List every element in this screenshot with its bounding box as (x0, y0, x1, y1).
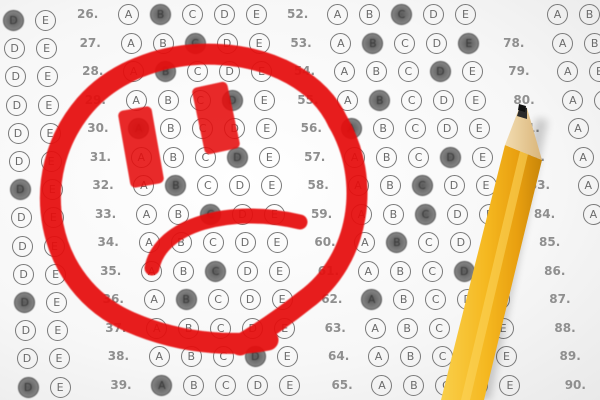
answer-bubble-c[interactable]: C (203, 232, 224, 253)
answer-bubble-a[interactable]: A (552, 33, 573, 54)
answer-bubble-d[interactable]: D (9, 151, 30, 172)
answer-bubble-d[interactable]: D (14, 292, 35, 313)
answer-bubble-b[interactable]: B (403, 375, 424, 396)
answer-bubble-d[interactable]: D (447, 204, 468, 225)
question-number: 55. (297, 93, 318, 107)
answer-bubble-b[interactable]: B (393, 289, 414, 310)
answer-bubble-b[interactable]: B (153, 33, 174, 54)
answer-bubble-d[interactable]: D (8, 123, 29, 144)
answer-bubble-e[interactable]: E (489, 289, 510, 310)
answer-bubble-d[interactable]: D (18, 377, 39, 398)
answer-bubble-b[interactable]: B (380, 175, 401, 196)
answer-bubble-b[interactable]: B (400, 346, 421, 367)
answer-bubble-d[interactable]: D (240, 289, 261, 310)
answer-bubble-b[interactable]: B (390, 261, 411, 282)
answer-bubble-b[interactable]: B (165, 175, 186, 196)
answer-bubble-b[interactable]: B (366, 61, 387, 82)
answer-bubble-b[interactable]: B (158, 90, 179, 111)
question-number: 87. (549, 292, 570, 306)
answer-bubble-e[interactable]: E (251, 61, 272, 82)
answer-bubble-a[interactable]: A (568, 118, 589, 139)
answer-bubble-e[interactable]: E (36, 38, 57, 59)
answer-bubble-d[interactable]: D (229, 175, 250, 196)
answer-bubble-a[interactable]: A (368, 346, 389, 367)
question-number: 63. (325, 321, 346, 335)
answer-bubble-d[interactable]: D (15, 320, 36, 341)
answer-bubble-d[interactable]: D (437, 118, 458, 139)
answer-bubble-e[interactable]: E (462, 61, 483, 82)
answer-bubble-c[interactable]: C (418, 232, 439, 253)
answer-bubble-b[interactable]: B (584, 33, 600, 54)
answer-bubble-e[interactable]: E (267, 232, 288, 253)
answer-bubble-d[interactable]: D (461, 318, 482, 339)
face-outline-right (240, 122, 357, 345)
answer-bubble-b[interactable]: B (594, 90, 600, 111)
answer-bubble-c[interactable]: C (415, 204, 436, 225)
answer-bubble-a[interactable]: A (341, 118, 362, 139)
answer-bubble-b[interactable]: B (359, 4, 380, 25)
answer-bubble-e[interactable]: E (43, 207, 64, 228)
question-number: 28. (82, 64, 103, 78)
question-number: 30. (87, 121, 108, 135)
answer-bubble-e[interactable]: E (458, 33, 479, 54)
answer-bubble-d[interactable]: D (4, 38, 25, 59)
answer-bubble-a[interactable]: A (334, 61, 355, 82)
answer-bubble-d[interactable]: D (3, 10, 24, 31)
question-number: 61. (318, 264, 339, 278)
answer-bubble-d[interactable]: D (10, 179, 31, 200)
question-number: 38. (108, 349, 129, 363)
question-number: 83. (529, 178, 550, 192)
answer-bubble-b[interactable]: B (183, 375, 204, 396)
answer-bubble-c[interactable]: C (192, 118, 213, 139)
question-number: 37. (105, 321, 126, 335)
answer-bubble-a[interactable]: A (562, 90, 583, 111)
question-number: 84. (534, 207, 555, 221)
answer-bubble-c[interactable]: C (208, 289, 229, 310)
answer-bubble-c[interactable]: C (391, 4, 412, 25)
answer-bubble-a[interactable]: A (149, 346, 170, 367)
answer-bubble-d[interactable]: D (12, 236, 33, 257)
answer-bubble-c[interactable]: C (213, 346, 234, 367)
answer-bubble-b[interactable]: B (383, 204, 404, 225)
question-number: 85. (539, 235, 560, 249)
answer-bubble-a[interactable]: A (136, 204, 157, 225)
answer-bubble-a[interactable]: A (573, 147, 594, 168)
answer-bubble-a[interactable]: A (344, 147, 365, 168)
answer-bubble-c[interactable]: C (185, 33, 206, 54)
question-number: 78. (503, 36, 524, 50)
answer-bubble-e[interactable]: E (479, 204, 500, 225)
answer-bubble-b[interactable]: B (589, 61, 600, 82)
question-number: 60. (314, 235, 335, 249)
answer-bubble-a[interactable]: A (351, 204, 372, 225)
question-number: 82. (524, 150, 545, 164)
answer-bubble-c[interactable]: C (182, 4, 203, 25)
question-number: 81. (519, 121, 540, 135)
answer-bubble-c[interactable]: C (187, 61, 208, 82)
answer-bubble-e[interactable]: E (249, 33, 270, 54)
answer-bubble-a[interactable]: A (123, 61, 144, 82)
answer-bubble-d[interactable]: D (450, 232, 471, 253)
answer-bubble-d[interactable]: D (433, 90, 454, 111)
answer-bubble-e[interactable]: E (482, 232, 503, 253)
answer-bubble-b[interactable]: B (155, 61, 176, 82)
answer-bubble-d[interactable]: D (440, 147, 461, 168)
answer-bubble-b[interactable]: B (386, 232, 407, 253)
answer-bubble-a[interactable]: A (371, 375, 392, 396)
answer-bubble-d[interactable]: D (227, 147, 248, 168)
answer-bubble-d[interactable]: D (430, 61, 451, 82)
answer-bubble-b[interactable]: B (373, 118, 394, 139)
question-number: 34. (98, 235, 119, 249)
answer-bubble-d[interactable]: D (219, 61, 240, 82)
answer-bubble-a[interactable]: A (128, 118, 149, 139)
answer-bubble-a[interactable]: A (121, 33, 142, 54)
answer-bubble-b[interactable]: B (168, 204, 189, 225)
answer-bubble-d[interactable]: D (423, 4, 444, 25)
answer-bubble-c[interactable]: C (394, 33, 415, 54)
overlay-drawings (0, 0, 600, 400)
answer-bubble-d[interactable]: D (224, 118, 245, 139)
answer-bubble-c[interactable]: C (408, 147, 429, 168)
answer-bubble-a[interactable]: A (547, 4, 568, 25)
answer-bubble-b[interactable]: B (171, 232, 192, 253)
answer-bubble-c[interactable]: C (190, 90, 211, 111)
answer-bubble-b[interactable]: B (176, 289, 197, 310)
answer-bubble-a[interactable]: A (133, 175, 154, 196)
answer-bubble-a[interactable]: A (146, 318, 167, 339)
answer-bubble-e[interactable]: E (274, 318, 295, 339)
answer-bubble-e[interactable]: E (47, 320, 68, 341)
answer-bubble-a[interactable]: A (144, 289, 165, 310)
answer-bubble-a[interactable]: A (365, 318, 386, 339)
answer-bubble-c[interactable]: C (435, 375, 456, 396)
answer-bubble-b[interactable]: B (397, 318, 418, 339)
answer-bubble-e[interactable]: E (272, 289, 293, 310)
answer-bubble-a[interactable]: A (330, 33, 351, 54)
question-number: 80. (513, 93, 534, 107)
answer-sheet-photo: DEDEDEDEDEDEDEDEDEDEDEDEDEDE26.ABCDE27.A… (0, 0, 600, 400)
question-number: 62. (321, 292, 342, 306)
answer-bubble-e[interactable]: E (45, 264, 66, 285)
answer-bubble-d[interactable]: D (17, 348, 38, 369)
answer-bubble-e[interactable]: E (493, 318, 514, 339)
answer-bubble-e[interactable]: E (44, 236, 65, 257)
answer-bubble-a[interactable]: A (361, 289, 382, 310)
question-number: 90. (565, 378, 586, 392)
answer-bubble-a[interactable]: A (583, 204, 600, 225)
answer-bubble-e[interactable]: E (269, 261, 290, 282)
answer-bubble-d[interactable]: D (247, 375, 268, 396)
answer-bubble-e[interactable]: E (37, 66, 58, 87)
answer-bubble-d[interactable]: D (444, 175, 465, 196)
answer-bubble-b[interactable]: B (579, 4, 600, 25)
answer-bubble-b[interactable]: B (178, 318, 199, 339)
answer-bubble-a[interactable]: A (126, 90, 147, 111)
answer-bubble-a[interactable]: A (141, 261, 162, 282)
question-number: 36. (103, 292, 124, 306)
question-number: 29. (85, 93, 106, 107)
question-number: 52. (287, 7, 308, 21)
answer-bubble-e[interactable]: E (259, 147, 280, 168)
answer-bubble-e[interactable]: E (469, 118, 490, 139)
answer-bubble-c[interactable]: C (215, 375, 236, 396)
answer-bubble-e[interactable]: E (246, 4, 267, 25)
question-number: 79. (508, 64, 529, 78)
answer-bubble-c[interactable]: C (398, 61, 419, 82)
answer-bubble-c[interactable]: C (405, 118, 426, 139)
question-number: 35. (100, 264, 121, 278)
answer-bubble-d[interactable]: D (242, 318, 263, 339)
answer-bubble-b[interactable]: B (173, 261, 194, 282)
answer-bubble-a[interactable]: A (139, 232, 160, 253)
question-number: 53. (290, 36, 311, 50)
answer-bubble-b[interactable]: B (369, 90, 390, 111)
answer-bubble-c[interactable]: C (432, 346, 453, 367)
question-number: 59. (311, 207, 332, 221)
answer-bubble-e[interactable]: E (455, 4, 476, 25)
answer-bubble-d[interactable]: D (232, 204, 253, 225)
answer-bubble-d[interactable]: D (235, 232, 256, 253)
answer-bubble-c[interactable]: C (401, 90, 422, 111)
question-number: 26. (77, 7, 98, 21)
answer-bubble-a[interactable]: A (118, 4, 139, 25)
answer-bubble-e[interactable]: E (40, 123, 61, 144)
answer-bubble-d[interactable]: D (222, 90, 243, 111)
answer-bubble-b[interactable]: B (163, 147, 184, 168)
answer-bubble-d[interactable]: D (457, 289, 478, 310)
question-number: 64. (328, 349, 349, 363)
answer-bubble-e[interactable]: E (277, 346, 298, 367)
question-number: 57. (304, 150, 325, 164)
question-number: 31. (90, 150, 111, 164)
answer-bubble-c[interactable]: C (422, 261, 443, 282)
answer-bubble-d[interactable]: D (245, 346, 266, 367)
answer-bubble-a[interactable]: A (578, 175, 599, 196)
question-number: 33. (95, 207, 116, 221)
answer-bubble-c[interactable]: C (425, 289, 446, 310)
question-number: 32. (92, 178, 113, 192)
answer-bubble-e[interactable]: E (279, 375, 300, 396)
answer-bubble-d[interactable]: D (464, 346, 485, 367)
answer-bubble-a[interactable]: A (557, 61, 578, 82)
answer-bubble-a[interactable]: A (358, 261, 379, 282)
answer-bubble-c[interactable]: C (197, 175, 218, 196)
answer-bubble-e[interactable]: E (486, 261, 507, 282)
answer-bubble-d[interactable]: D (6, 95, 27, 116)
answer-bubble-e[interactable]: E (49, 348, 70, 369)
answer-bubble-b[interactable]: B (362, 33, 383, 54)
answer-bubble-e[interactable]: E (35, 10, 56, 31)
answer-bubble-e[interactable]: E (256, 118, 277, 139)
answer-bubble-a[interactable]: A (327, 4, 348, 25)
answer-bubble-c[interactable]: C (412, 175, 433, 196)
answer-bubble-e[interactable]: E (46, 292, 67, 313)
question-number: 58. (308, 178, 329, 192)
answer-bubble-d[interactable]: D (13, 264, 34, 285)
answer-bubble-d[interactable]: D (217, 33, 238, 54)
answer-bubble-c[interactable]: C (210, 318, 231, 339)
answer-bubble-d[interactable]: D (467, 375, 488, 396)
answer-bubble-e[interactable]: E (50, 377, 71, 398)
answer-bubble-a[interactable]: A (348, 175, 369, 196)
answer-bubble-c[interactable]: C (200, 204, 221, 225)
answer-bubble-e[interactable]: E (264, 204, 285, 225)
answer-bubble-a[interactable]: A (151, 375, 172, 396)
answer-bubble-e[interactable]: E (465, 90, 486, 111)
answer-bubble-c[interactable]: C (429, 318, 450, 339)
answer-bubble-b[interactable]: B (160, 118, 181, 139)
answer-bubble-e[interactable]: E (41, 151, 62, 172)
answer-bubble-a[interactable]: A (131, 147, 152, 168)
answer-bubble-a[interactable]: A (337, 90, 358, 111)
answer-bubble-e[interactable]: E (472, 147, 493, 168)
question-number: 89. (560, 349, 581, 363)
answer-bubble-e[interactable]: E (499, 375, 520, 396)
answer-bubble-b[interactable]: B (181, 346, 202, 367)
answer-bubble-d[interactable]: D (11, 207, 32, 228)
question-number: 54. (294, 64, 315, 78)
answer-bubble-c[interactable]: C (205, 261, 226, 282)
answer-bubble-d[interactable]: D (214, 4, 235, 25)
answer-bubble-d[interactable]: D (454, 261, 475, 282)
answer-bubble-e[interactable]: E (261, 175, 282, 196)
answer-bubble-e[interactable]: E (496, 346, 517, 367)
answer-bubble-a[interactable]: A (354, 232, 375, 253)
answer-bubble-b[interactable]: B (376, 147, 397, 168)
question-number: 65. (331, 378, 352, 392)
answer-bubble-e[interactable]: E (254, 90, 275, 111)
answer-bubble-e[interactable]: E (476, 175, 497, 196)
answer-bubble-b[interactable]: B (150, 4, 171, 25)
answer-bubble-e[interactable]: E (42, 179, 63, 200)
answer-bubble-d[interactable]: D (5, 66, 26, 87)
question-number: 86. (544, 264, 565, 278)
answer-bubble-d[interactable]: D (426, 33, 447, 54)
answer-bubble-d[interactable]: D (237, 261, 258, 282)
question-number: 56. (301, 121, 322, 135)
question-number: 27. (80, 36, 101, 50)
answer-bubble-c[interactable]: C (195, 147, 216, 168)
answer-bubble-e[interactable]: E (38, 95, 59, 116)
question-number: 88. (554, 321, 575, 335)
question-number: 39. (110, 378, 131, 392)
